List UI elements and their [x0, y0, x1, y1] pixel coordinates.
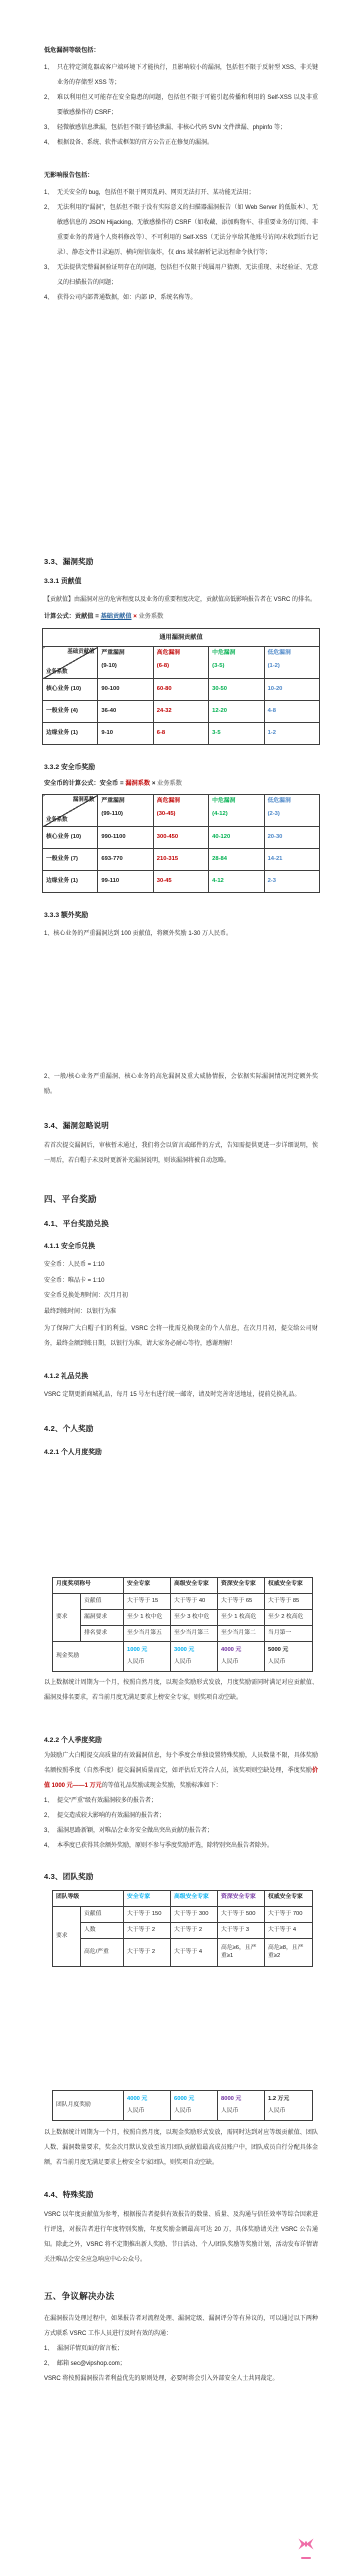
list-item: 3、漏洞思路新颖，对唯品会业务安全做出突出贡献的报告者； [44, 1824, 318, 1839]
monthly-header-senior: 高级安全专家 [171, 1578, 218, 1594]
heading-3-3-2: 3.3.2 安全币奖励 [44, 761, 318, 771]
cell: 至少 1 枚中危 [124, 1610, 171, 1626]
cell: 大于等于 65 [218, 1594, 265, 1610]
row-label: 贡献值 [81, 1594, 124, 1610]
list-number: 4、 [44, 1839, 57, 1854]
list-text: 漏洞详情页面的留言板； [57, 2342, 318, 2357]
cell: 9-10 [98, 723, 153, 745]
list-text: 提交造成较大影响的有效漏洞的报告者； [57, 1809, 318, 1824]
list-item: 4、根据设备、系统、软件或框架的官方公告正在修复的漏洞。 [44, 136, 318, 151]
list-item: 4、获得公司内部普通数据，如：内部 IP、系统名称等。 [44, 291, 318, 306]
table-row: 核心业务 (10) 990-1100 300-450 40-120 20-30 [43, 827, 320, 849]
cell: 大于等于 40 [171, 1594, 218, 1610]
heading-4-2-2: 4.2.2 个人季度奖励 [44, 1734, 318, 1744]
team-header-expert: 安全专家 [124, 1891, 171, 1907]
heading-3-3: 3.3、漏洞奖励 [44, 556, 318, 567]
special-reward-paragraph: VSRC 以年度贡献值为参考，根据报告者提供有效报告的数量、质量、及沟通与信任效… [44, 2208, 318, 2268]
row-label: 高危/严重 [81, 1939, 124, 1967]
heading-4-1: 4.1、平台奖励兑换 [44, 1218, 318, 1229]
cell: 大于等于 15 [124, 1594, 171, 1610]
cell: 大于等于 85 [265, 1594, 313, 1610]
cash-cell: 1.2 万元人民币 [265, 2091, 313, 2121]
team-requirement-table: 团队等级 安全专家 高级安全专家 资深安全专家 权威安全专家 要求 贡献值 大于… [52, 1890, 313, 1967]
cell: 10-20 [264, 679, 319, 701]
corner-top-label: 基础贡献值 [67, 649, 94, 657]
heading-4-2-1: 4.2.1 个人月度奖励 [44, 1446, 318, 1456]
corner-top-label: 漏洞系数 [73, 797, 95, 805]
cell: 大于等于 2 [124, 1939, 171, 1967]
cell: 24-32 [153, 701, 208, 723]
section-personal-team-rewards: 月度奖项称号 安全专家 高级安全专家 资深安全专家 权威安全专家 要求 贡献值 … [44, 1577, 318, 1967]
cell: 40-120 [209, 827, 264, 849]
cell: 90-100 [98, 679, 153, 701]
row-label: 排名要求 [81, 1626, 124, 1642]
cell: 4-8 [264, 701, 319, 723]
row-label: 边缘业务 (1) [43, 723, 98, 745]
formula-base-term: 基础贡献值 [101, 613, 132, 620]
cell: 大于等于 700 [265, 1907, 313, 1923]
cell: 99-110 [98, 871, 153, 893]
list-number: 3、 [44, 261, 57, 291]
heading-4-1-2: 4.1.2 礼品兑换 [44, 1370, 318, 1380]
cell: 210-315 [153, 849, 208, 871]
row-label: 人数 [81, 1923, 124, 1939]
list-item: 2、无法利用的“漏洞”，包括但不限于没有实际意义的扫描器漏洞报告（如 Web S… [44, 201, 318, 261]
cell: 至少当月第二 [218, 1626, 265, 1642]
list-text: 难以利用但又可能存在安全隐患的问题，包括但不限于可能引起传播和利用的 Self-… [57, 91, 318, 121]
heading-4-4: 4.4、特殊奖励 [44, 2189, 318, 2200]
list-number: 3、 [44, 1824, 57, 1839]
cell: 28-84 [209, 849, 264, 871]
team-reward-label: 团队月度奖励 [53, 2091, 124, 2121]
arrival-time: 最终到账时间：以银行为准 [44, 1305, 318, 1321]
cell: 30-50 [209, 679, 264, 701]
diagonal-header-cell: 漏洞系数业务系数 [43, 795, 98, 827]
list-text: 根据设备、系统、软件或框架的官方公告正在修复的漏洞。 [57, 136, 318, 151]
table-row: 边缘业务 (1) 9-10 6-8 3-5 1-2 [43, 723, 320, 745]
requirement-label: 要求 [53, 1594, 81, 1642]
heading-3-3-1: 3.3.1 贡献值 [44, 575, 318, 585]
col-header-high: 高危漏洞(6-8) [153, 647, 208, 679]
cell: 至少 3 枚中危 [171, 1610, 218, 1626]
list-number: 2、 [44, 1809, 57, 1824]
row-label: 核心业务 (10) [43, 679, 98, 701]
cell: 300-450 [153, 827, 208, 849]
table-row: 高危/严重 大于等于 2 大于等于 4 高危≥6，且严重≥1 高危≥8，且严重≥… [53, 1939, 313, 1967]
section-vulnerability-levels: 低危漏洞等级包括： 1、只在特定浏览器或客户端环境下才能执行，且影响较小的漏洞，… [44, 45, 318, 306]
table-row: 边缘业务 (1) 99-110 30-45 4-12 2-3 [43, 871, 320, 893]
list-text: 无法利用的“漏洞”，包括但不限于没有实际意义的扫描器漏洞报告（如 Web Ser… [57, 201, 318, 261]
table-row: 人数 大于等于 2 大于等于 2 大于等于 3 大于等于 4 [53, 1923, 313, 1939]
vipshop-butterfly-logo-icon [297, 2538, 315, 2559]
corner-bottom-label: 业务系数 [46, 669, 68, 677]
cash-cell: 3000 元人民币 [171, 1642, 218, 1672]
corner-bottom-label: 业务系数 [46, 817, 68, 825]
monthly-header-title: 月度奖项称号 [53, 1578, 124, 1594]
low-risk-heading: 低危漏洞等级包括： [44, 45, 318, 54]
row-label: 一般业务 (7) [43, 849, 98, 871]
cash-cell: 1000 元人民币 [124, 1642, 171, 1672]
list-text: 轻微敏感信息泄漏，包括但不限于路径泄漏、非核心代码 SVN 文件泄漏、phpin… [57, 121, 318, 136]
cash-cell: 4000 元人民币 [124, 2091, 171, 2121]
cash-cell: 8000 元人民币 [218, 2091, 265, 2121]
list-number: 1、 [44, 186, 57, 201]
cell: 60-80 [153, 679, 208, 701]
coin-formula: 安全币的计算公式：安全币 = 漏洞系数 × 业务系数 [44, 779, 318, 789]
cell: 大于等于 4 [265, 1923, 313, 1939]
monthly-header-veteran: 资深安全专家 [218, 1578, 265, 1594]
cell: 大于等于 3 [218, 1923, 265, 1939]
cell: 30-45 [153, 871, 208, 893]
list-number: 1、 [44, 61, 57, 91]
cell: 高危≥6，且严重≥1 [218, 1939, 265, 1967]
list-item: 3、无法提供完整漏洞验证明存在的问题，包括但不仅限于纯属用户猜测、无法重现、未经… [44, 261, 318, 291]
extra-reward-item-1: 1、核心业务的严重漏洞达到 100 贡献值，将额外奖励 1-30 万人民币。 [44, 927, 318, 942]
list-item: 2、提交造成较大影响的有效漏洞的报告者； [44, 1809, 318, 1824]
cell: 大于等于 4 [171, 1939, 218, 1967]
row-label: 贡献值 [81, 1907, 124, 1923]
diagonal-header-cell: 基础贡献值业务系数 [43, 647, 98, 679]
list-text: 漏洞思路新颖，对唯品会业务安全做出突出贡献的报告者； [57, 1824, 318, 1839]
monthly-header-expert: 安全专家 [124, 1578, 171, 1594]
table-row: 排名要求 至少当月第五 至少当月第三 至少当月第二 当月第一 [53, 1626, 313, 1642]
cell: 当月第一 [265, 1626, 313, 1642]
exchange-time: 安全币兑换处理时间：次月月初 [44, 1289, 318, 1305]
list-text: 提交“严重”级有效漏洞较多的报告者； [57, 1794, 318, 1809]
cell: 6-8 [153, 723, 208, 745]
list-number: 4、 [44, 291, 57, 306]
heading-3-4: 3.4、漏洞忽略说明 [44, 1120, 318, 1131]
list-text: 邮箱 sec@vipshop.com； [57, 2357, 318, 2372]
cash-cell: 4000 元人民币 [218, 1642, 265, 1672]
formula-multiply-sign: × [133, 613, 137, 620]
row-label: 边缘业务 (1) [43, 871, 98, 893]
section-team-reward-dispute: 团队月度奖励 4000 元人民币 6000 元人民币 8000 元人民币 1.2… [44, 2090, 318, 2387]
list-item: 1、提交“严重”级有效漏洞较多的报告者； [44, 1794, 318, 1809]
list-item: 1、只在特定浏览器或客户端环境下才能执行，且影响较小的漏洞，包括但不限于反射型 … [44, 61, 318, 91]
cell: 至少 2 枚高危 [265, 1610, 313, 1626]
cash-cell: 5000 元人民币 [265, 1642, 313, 1672]
heading-4-3: 4.3、团队奖励 [44, 1871, 318, 1882]
cell: 14-21 [264, 849, 319, 871]
heading-4-1-1: 4.1.1 安全币兑换 [44, 1240, 318, 1250]
cell: 大于等于 150 [124, 1907, 171, 1923]
list-number: 4、 [44, 136, 57, 151]
coin-card-rate: 安全币：唯品卡 = 1:10 [44, 1274, 318, 1290]
formula-multiply-sign: × [152, 780, 156, 787]
list-number: 1、 [44, 2342, 57, 2357]
dispute-paragraph: 在漏洞报告处理过程中，如果报告者对流程处理、漏洞定级、漏洞评分等有异议的，可以通… [44, 2312, 318, 2342]
list-number: 2、 [44, 91, 57, 121]
col-header-low: 低危漏洞(2-3) [264, 795, 319, 827]
table-row: 漏洞要求 至少 1 枚中危 至少 3 枚中危 至少 1 枚高危 至少 2 枚高危 [53, 1610, 313, 1626]
col-header-medium: 中危漏洞(4-12) [209, 795, 264, 827]
list-item: 2、邮箱 sec@vipshop.com； [44, 2357, 318, 2372]
col-header-severe: 严重漏洞(9-10) [98, 647, 153, 679]
cell: 693-770 [98, 849, 153, 871]
row-label: 核心业务 (10) [43, 827, 98, 849]
cell: 大于等于 500 [218, 1907, 265, 1923]
cell: 3-5 [209, 723, 264, 745]
list-item: 3、轻微敏感信息泄漏，包括但不限于路径泄漏、非核心代码 SVN 文件泄漏、php… [44, 121, 318, 136]
cash-reward-row: 现金奖励 1000 元人民币 3000 元人民币 4000 元人民币 5000 … [53, 1642, 313, 1672]
row-label: 一般业务 (4) [43, 701, 98, 723]
row-label: 漏洞要求 [81, 1610, 124, 1626]
heading-3-3-3: 3.3.3 额外奖励 [44, 909, 318, 919]
coin-exchange-paragraph: 为了保障广大白帽子们的利益，VSRC 会将一批需兑换现金的个人信息，在次月月初，… [44, 1322, 318, 1352]
team-note-paragraph: 以上数据统计周期为一个月，按照自然月度，以现金奖励形式发放，需同时达到对应等级贡… [44, 2126, 318, 2171]
cell: 至少当月第三 [171, 1626, 218, 1642]
quarterly-text: 的等值礼品奖励或现金奖励，奖励标准如下： [102, 1783, 222, 1789]
monthly-reward-table: 月度奖项称号 安全专家 高级安全专家 资深安全专家 权威安全专家 要求 贡献值 … [52, 1577, 313, 1672]
list-number: 3、 [44, 121, 57, 136]
extra-reward-item-2: 2、一般/核心业务严重漏洞、核心业务的高危漏洞及重大威胁情报，会依据实际漏洞情况… [44, 1070, 318, 1100]
requirement-label: 要求 [53, 1907, 81, 1967]
section-vulnerability-rewards: 3.3、漏洞奖励 3.3.1 贡献值 【贡献值】由漏洞对应的危害程度以及业务的重… [44, 556, 318, 942]
monthly-header-authority: 权威安全专家 [265, 1578, 313, 1594]
formula-base-term: 漏洞系数 [125, 780, 150, 787]
list-text: 本季度已获得其余额外奖励，原则不参与季度奖励评选，除特别突出报告者除外。 [57, 1839, 318, 1854]
general-contribution-table: 通用漏洞贡献值 基础贡献值业务系数 严重漏洞(9-10) 高危漏洞(6-8) 中… [42, 628, 320, 745]
cell: 大于等于 2 [124, 1923, 171, 1939]
team-monthly-reward-table: 团队月度奖励 4000 元人民币 6000 元人民币 8000 元人民币 1.2… [52, 2090, 313, 2121]
quarterly-text: 为鼓励广大白帽提交高质量的有效漏洞信息，每个季度会单独设置特殊奖励，人员数量不限… [44, 1753, 318, 1774]
list-number: 2、 [44, 201, 57, 261]
security-coin-table: 漏洞系数业务系数 严重漏洞(99-110) 高危漏洞(30-45) 中危漏洞(4… [42, 794, 320, 893]
document-page: 低危漏洞等级包括： 1、只在特定浏览器或客户端环境下才能执行，且影响较小的漏洞，… [0, 0, 362, 2560]
contribution-formula: 计算公式：贡献值 = 基础贡献值 × 业务系数 [44, 612, 318, 622]
ignore-paragraph: 若首次提交漏洞后，审核暂未通过，我们将会以留言或邮件的方式，告知需提供更进一步详… [44, 1139, 318, 1169]
cell: 大于等于 2 [171, 1923, 218, 1939]
contribution-paragraph: 【贡献值】由漏洞对应的危害程度以及业务的重要程度决定，贡献值高低影响报告者在 V… [44, 593, 318, 608]
gift-exchange-paragraph: VSRC 定期更新商城礼品，每月 15 号左右进行统一邮寄，请及时完善寄送地址，… [44, 1388, 318, 1403]
list-item: 1、无关安全的 bug，包括但不限于网页乱码、网页无法打开、某功能无法用； [44, 186, 318, 201]
cell: 990-1100 [98, 827, 153, 849]
heading-4-2: 4.2、个人奖励 [44, 1423, 318, 1434]
list-number: 2、 [44, 2357, 57, 2372]
table-row: 核心业务 (10) 90-100 60-80 30-50 10-20 [43, 679, 320, 701]
list-number: 1、 [44, 1794, 57, 1809]
formula-prefix: 安全币的计算公式：安全币 = [44, 780, 124, 787]
formula-coef-term: 业务系数 [139, 613, 164, 620]
col-header-severe: 严重漏洞(99-110) [98, 795, 153, 827]
list-text: 无关安全的 bug，包括但不限于网页乱码、网页无法打开、某功能无法用； [57, 186, 318, 201]
table-row: 一般业务 (7) 693-770 210-315 28-84 14-21 [43, 849, 320, 871]
team-header-veteran: 资深安全专家 [218, 1891, 265, 1907]
team-header-senior: 高级安全专家 [171, 1891, 218, 1907]
cash-cell: 6000 元人民币 [171, 2091, 218, 2121]
dispute-closing-paragraph: VSRC 将按照漏洞报告者利益优先的原则处理，必要时将会引入外部安全人士共同裁定… [44, 2372, 318, 2387]
list-item: 2、难以利用但又可能存在安全隐患的问题，包括但不限于可能引起传播和利用的 Sel… [44, 91, 318, 121]
quarterly-paragraph: 为鼓励广大白帽提交高质量的有效漏洞信息，每个季度会单独设置特殊奖励，人员数量不限… [44, 1749, 318, 1794]
formula-prefix: 计算公式：贡献值 = [44, 613, 99, 620]
team-header-authority: 权威安全专家 [265, 1891, 313, 1907]
list-text: 只在特定浏览器或客户端环境下才能执行，且影响较小的漏洞，包括但不限于反射型 XS… [57, 61, 318, 91]
col-header-low: 低危漏洞(1-2) [264, 647, 319, 679]
formula-coef-term: 业务系数 [157, 780, 182, 787]
cash-reward-row: 团队月度奖励 4000 元人民币 6000 元人民币 8000 元人民币 1.2… [53, 2091, 313, 2121]
heading-4: 四、平台奖励 [44, 1193, 318, 1205]
cell: 至少 1 枚高危 [218, 1610, 265, 1626]
logo-caption-mark [301, 2557, 311, 2559]
monthly-note-paragraph: 以上数据统计周期为一个月，按照自然月度，以现金奖励形式发放，月度奖励需同时满足对… [44, 1676, 318, 1706]
cell: 1-2 [264, 723, 319, 745]
list-item: 1、漏洞详情页面的留言板； [44, 2342, 318, 2357]
no-impact-heading: 无影响报告包括： [44, 170, 318, 179]
cell: 20-30 [264, 827, 319, 849]
coin-rmb-rate: 安全币：人民币 = 1:10 [44, 1258, 318, 1274]
table-row: 要求 贡献值 大于等于 15 大于等于 40 大于等于 65 大于等于 85 [53, 1594, 313, 1610]
cell: 高危≥8，且严重≥2 [265, 1939, 313, 1967]
cell: 12-20 [209, 701, 264, 723]
cash-reward-label: 现金奖励 [53, 1642, 124, 1672]
cell: 36-40 [98, 701, 153, 723]
heading-5: 五、争议解决办法 [44, 2290, 318, 2302]
table-title: 通用漏洞贡献值 [43, 629, 320, 647]
list-text: 无法提供完整漏洞验证明存在的问题，包括但不仅限于纯属用户猜测、无法重现、未经验证… [57, 261, 318, 291]
list-item: 4、本季度已获得其余额外奖励，原则不参与季度奖励评选，除特别突出报告者除外。 [44, 1839, 318, 1854]
cell: 至少当月第五 [124, 1626, 171, 1642]
list-text: 获得公司内部普通数据，如：内部 IP、系统名称等。 [57, 291, 318, 306]
table-row: 一般业务 (4) 36-40 24-32 12-20 4-8 [43, 701, 320, 723]
cell: 4-12 [209, 871, 264, 893]
cell: 2-3 [264, 871, 319, 893]
section-platform-rewards: 2、一般/核心业务严重漏洞、核心业务的高危漏洞及重大威胁情报，会依据实际漏洞情况… [44, 1070, 318, 1456]
cell: 大于等于 300 [171, 1907, 218, 1923]
col-header-high: 高危漏洞(30-45) [153, 795, 208, 827]
team-header-title: 团队等级 [53, 1891, 124, 1907]
table-row: 要求 贡献值 大于等于 150 大于等于 300 大于等于 500 大于等于 7… [53, 1907, 313, 1923]
col-header-medium: 中危漏洞(3-5) [209, 647, 264, 679]
